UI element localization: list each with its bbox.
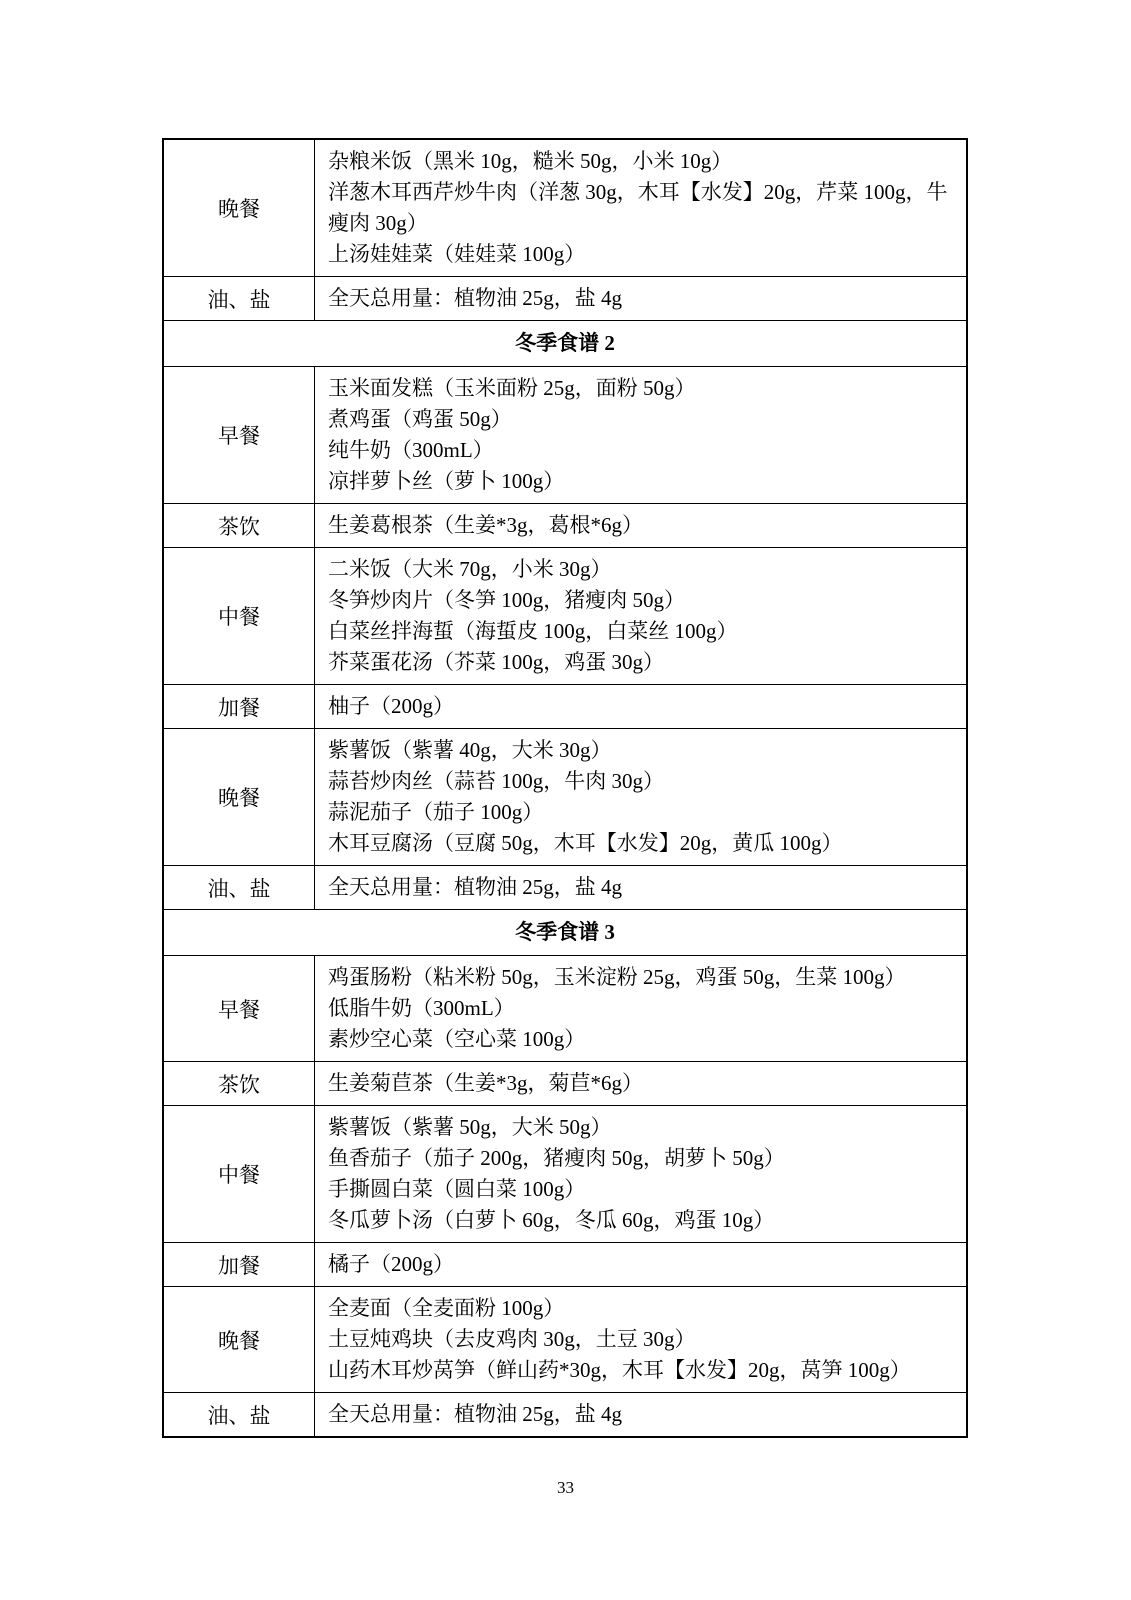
dish-line: 紫薯饭（紫薯 50g，大米 50g） [328, 1112, 958, 1143]
section-header-cell: 冬季食谱 3 [163, 910, 967, 956]
dish-line: 手撕圆白菜（圆白菜 100g） [328, 1174, 958, 1205]
meal-content-cell: 全天总用量：植物油 25g，盐 4g [315, 1393, 968, 1438]
dish-line: 凉拌萝卜丝（萝卜 100g） [328, 466, 958, 497]
table-row: 油、盐 全天总用量：植物油 25g，盐 4g [163, 1393, 967, 1438]
meal-content-cell: 生姜葛根茶（生姜*3g，葛根*6g） [315, 504, 968, 548]
table-row: 油、盐 全天总用量：植物油 25g，盐 4g [163, 866, 967, 910]
table-row: 晚餐 紫薯饭（紫薯 40g，大米 30g） 蒜苔炒肉丝（蒜苔 100g，牛肉 3… [163, 729, 967, 866]
meal-content-cell: 鸡蛋肠粉（粘米粉 50g，玉米淀粉 25g，鸡蛋 50g，生菜 100g） 低脂… [315, 956, 968, 1062]
meal-content-cell: 紫薯饭（紫薯 40g，大米 30g） 蒜苔炒肉丝（蒜苔 100g，牛肉 30g）… [315, 729, 968, 866]
meal-label-cell: 早餐 [163, 367, 315, 504]
meal-label-cell: 中餐 [163, 1106, 315, 1243]
dish-line: 生姜葛根茶（生姜*3g，葛根*6g） [328, 510, 958, 541]
table-row: 晚餐 全麦面（全麦面粉 100g） 土豆炖鸡块（去皮鸡肉 30g，土豆 30g）… [163, 1287, 967, 1393]
dish-line: 纯牛奶（300mL） [328, 435, 958, 466]
meal-label-cell: 茶饮 [163, 1062, 315, 1106]
meal-content-cell: 二米饭（大米 70g，小米 30g） 冬笋炒肉片（冬笋 100g，猪瘦肉 50g… [315, 548, 968, 685]
dish-line: 冬笋炒肉片（冬笋 100g，猪瘦肉 50g） [328, 585, 958, 616]
dish-line: 低脂牛奶（300mL） [328, 993, 958, 1024]
section-header-cell: 冬季食谱 2 [163, 321, 967, 367]
meal-label-cell: 晚餐 [163, 139, 315, 277]
dish-line: 土豆炖鸡块（去皮鸡肉 30g，土豆 30g） [328, 1324, 958, 1355]
menu-table: 晚餐 杂粮米饭（黑米 10g，糙米 50g，小米 10g） 洋葱木耳西芹炒牛肉（… [162, 138, 968, 1438]
dish-line: 柚子（200g） [328, 691, 958, 722]
meal-content-cell: 紫薯饭（紫薯 50g，大米 50g） 鱼香茄子（茄子 200g，猪瘦肉 50g，… [315, 1106, 968, 1243]
menu-table-body: 晚餐 杂粮米饭（黑米 10g，糙米 50g，小米 10g） 洋葱木耳西芹炒牛肉（… [163, 139, 967, 1437]
dish-line: 全麦面（全麦面粉 100g） [328, 1293, 958, 1324]
dish-line: 芥菜蛋花汤（芥菜 100g，鸡蛋 30g） [328, 647, 958, 678]
page-number: 33 [0, 1478, 1131, 1498]
meal-label-cell: 早餐 [163, 956, 315, 1062]
meal-content-cell: 生姜菊苣茶（生姜*3g，菊苣*6g） [315, 1062, 968, 1106]
table-row: 茶饮 生姜菊苣茶（生姜*3g，菊苣*6g） [163, 1062, 967, 1106]
dish-line: 生姜菊苣茶（生姜*3g，菊苣*6g） [328, 1068, 958, 1099]
table-row: 茶饮 生姜葛根茶（生姜*3g，葛根*6g） [163, 504, 967, 548]
dish-line: 冬瓜萝卜汤（白萝卜 60g，冬瓜 60g，鸡蛋 10g） [328, 1205, 958, 1236]
dish-line: 鸡蛋肠粉（粘米粉 50g，玉米淀粉 25g，鸡蛋 50g，生菜 100g） [328, 962, 958, 993]
meal-content-cell: 全天总用量：植物油 25g，盐 4g [315, 277, 968, 321]
dish-line: 白菜丝拌海蜇（海蜇皮 100g，白菜丝 100g） [328, 616, 958, 647]
meal-label-cell: 晚餐 [163, 729, 315, 866]
dish-line: 全天总用量：植物油 25g，盐 4g [328, 872, 958, 903]
meal-content-cell: 全天总用量：植物油 25g，盐 4g [315, 866, 968, 910]
table-row: 早餐 鸡蛋肠粉（粘米粉 50g，玉米淀粉 25g，鸡蛋 50g，生菜 100g）… [163, 956, 967, 1062]
dish-line: 杂粮米饭（黑米 10g，糙米 50g，小米 10g） [328, 146, 958, 177]
dish-line: 玉米面发糕（玉米面粉 25g，面粉 50g） [328, 373, 958, 404]
meal-label-cell: 油、盐 [163, 1393, 315, 1438]
table-row: 油、盐 全天总用量：植物油 25g，盐 4g [163, 277, 967, 321]
meal-content-cell: 玉米面发糕（玉米面粉 25g，面粉 50g） 煮鸡蛋（鸡蛋 50g） 纯牛奶（3… [315, 367, 968, 504]
dish-line: 素炒空心菜（空心菜 100g） [328, 1024, 958, 1055]
dish-line: 上汤娃娃菜（娃娃菜 100g） [328, 239, 958, 270]
dish-line: 橘子（200g） [328, 1249, 958, 1280]
table-row: 加餐 橘子（200g） [163, 1243, 967, 1287]
dish-line: 鱼香茄子（茄子 200g，猪瘦肉 50g，胡萝卜 50g） [328, 1143, 958, 1174]
section-header-row: 冬季食谱 3 [163, 910, 967, 956]
dish-line: 木耳豆腐汤（豆腐 50g，木耳【水发】20g，黄瓜 100g） [328, 828, 958, 859]
meal-label-cell: 油、盐 [163, 277, 315, 321]
meal-content-cell: 全麦面（全麦面粉 100g） 土豆炖鸡块（去皮鸡肉 30g，土豆 30g） 山药… [315, 1287, 968, 1393]
table-row: 加餐 柚子（200g） [163, 685, 967, 729]
meal-label-cell: 油、盐 [163, 866, 315, 910]
meal-label-cell: 晚餐 [163, 1287, 315, 1393]
dish-line: 蒜苔炒肉丝（蒜苔 100g，牛肉 30g） [328, 766, 958, 797]
section-header-row: 冬季食谱 2 [163, 321, 967, 367]
dish-line: 洋葱木耳西芹炒牛肉（洋葱 30g，木耳【水发】20g，芹菜 100g，牛瘦肉 3… [328, 177, 958, 239]
dish-line: 紫薯饭（紫薯 40g，大米 30g） [328, 735, 958, 766]
table-row: 中餐 二米饭（大米 70g，小米 30g） 冬笋炒肉片（冬笋 100g，猪瘦肉 … [163, 548, 967, 685]
dish-line: 山药木耳炒莴笋（鲜山药*30g，木耳【水发】20g，莴笋 100g） [328, 1355, 958, 1386]
meal-content-cell: 橘子（200g） [315, 1243, 968, 1287]
meal-content-cell: 柚子（200g） [315, 685, 968, 729]
meal-label-cell: 中餐 [163, 548, 315, 685]
meal-label-cell: 茶饮 [163, 504, 315, 548]
dish-line: 二米饭（大米 70g，小米 30g） [328, 554, 958, 585]
table-row: 晚餐 杂粮米饭（黑米 10g，糙米 50g，小米 10g） 洋葱木耳西芹炒牛肉（… [163, 139, 967, 277]
meal-label-cell: 加餐 [163, 1243, 315, 1287]
meal-label-cell: 加餐 [163, 685, 315, 729]
dish-line: 蒜泥茄子（茄子 100g） [328, 797, 958, 828]
table-row: 早餐 玉米面发糕（玉米面粉 25g，面粉 50g） 煮鸡蛋（鸡蛋 50g） 纯牛… [163, 367, 967, 504]
dish-line: 全天总用量：植物油 25g，盐 4g [328, 1399, 958, 1430]
dish-line: 煮鸡蛋（鸡蛋 50g） [328, 404, 958, 435]
meal-content-cell: 杂粮米饭（黑米 10g，糙米 50g，小米 10g） 洋葱木耳西芹炒牛肉（洋葱 … [315, 139, 968, 277]
table-row: 中餐 紫薯饭（紫薯 50g，大米 50g） 鱼香茄子（茄子 200g，猪瘦肉 5… [163, 1106, 967, 1243]
dish-line: 全天总用量：植物油 25g，盐 4g [328, 283, 958, 314]
